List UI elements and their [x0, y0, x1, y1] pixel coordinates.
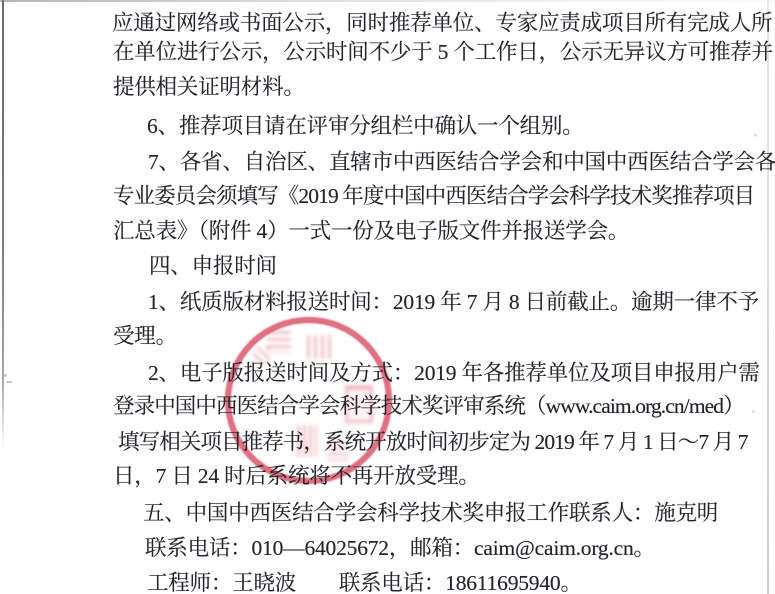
seal-character-fragment [307, 335, 333, 359]
text-line: 应通过网络或书面公示，同时推荐单位、专家应责成项目所有完成人所 [112, 10, 772, 36]
text-line: 四、申报时间 [149, 253, 277, 279]
text-line: 日，7 日 24 时后系统将不再开放受理。 [113, 463, 480, 489]
page-top-edge [0, 0, 775, 2]
scan-speck [754, 134, 757, 137]
text-line: 汇总表》（附件 4）一式一份及电子版文件并报送学会。 [113, 218, 629, 244]
text-line: 2、电子版报送时间及方式：2019 年各推荐单位及项目申报用户需 [148, 360, 760, 386]
text-line: 工程师：王晓波 联系电话：18611695940。 [147, 570, 582, 594]
seal-character-fragment [267, 331, 291, 353]
text-line: 联系电话：010—64025672，邮箱：caim@caim.org.cn。 [145, 535, 655, 561]
text-line: 6、推荐项目请在评审分组栏中确认一个组别。 [147, 113, 584, 139]
page-right-edge [767, 0, 769, 594]
text-line: 登录中国中西医结合学会科学技术奖评审系统（www.caim.org.cn/med… [113, 393, 744, 419]
text-line: 7、各省、自治区、直辖市中西医结合学会和中国中西医结合学会各 [148, 149, 775, 175]
text-line: 在单位进行公示，公示时间不少于 5 个工作日，公示无异议方可推荐并 [113, 39, 773, 65]
scanned-document-page: 应通过网络或书面公示，同时推荐单位、专家应责成项目所有完成人所 在单位进行公示，… [0, 0, 775, 594]
text-line: 专业委员会须填写《2019 年度中国中西医结合学会科学技术奖推荐项目 [113, 183, 754, 209]
text-line: 填写相关项目推荐书，系统开放时间初步定为 2019 年 7 月 1 日～7 月 … [118, 429, 748, 455]
page-left-edge [2, 0, 4, 448]
scan-speck [4, 374, 7, 377]
scan-speck [752, 410, 755, 413]
text-line: 1、纸质版材料报送时间：2019 年 7 月 8 日前截止。逾期一律不予 [148, 289, 759, 315]
text-line: 提供相关证明材料。 [113, 74, 305, 100]
text-line: 五、中国中西医结合学会科学技术奖申报工作联系人：施克明 [143, 500, 718, 526]
scan-speck [6, 381, 12, 383]
text-line: 受理。 [113, 323, 177, 349]
